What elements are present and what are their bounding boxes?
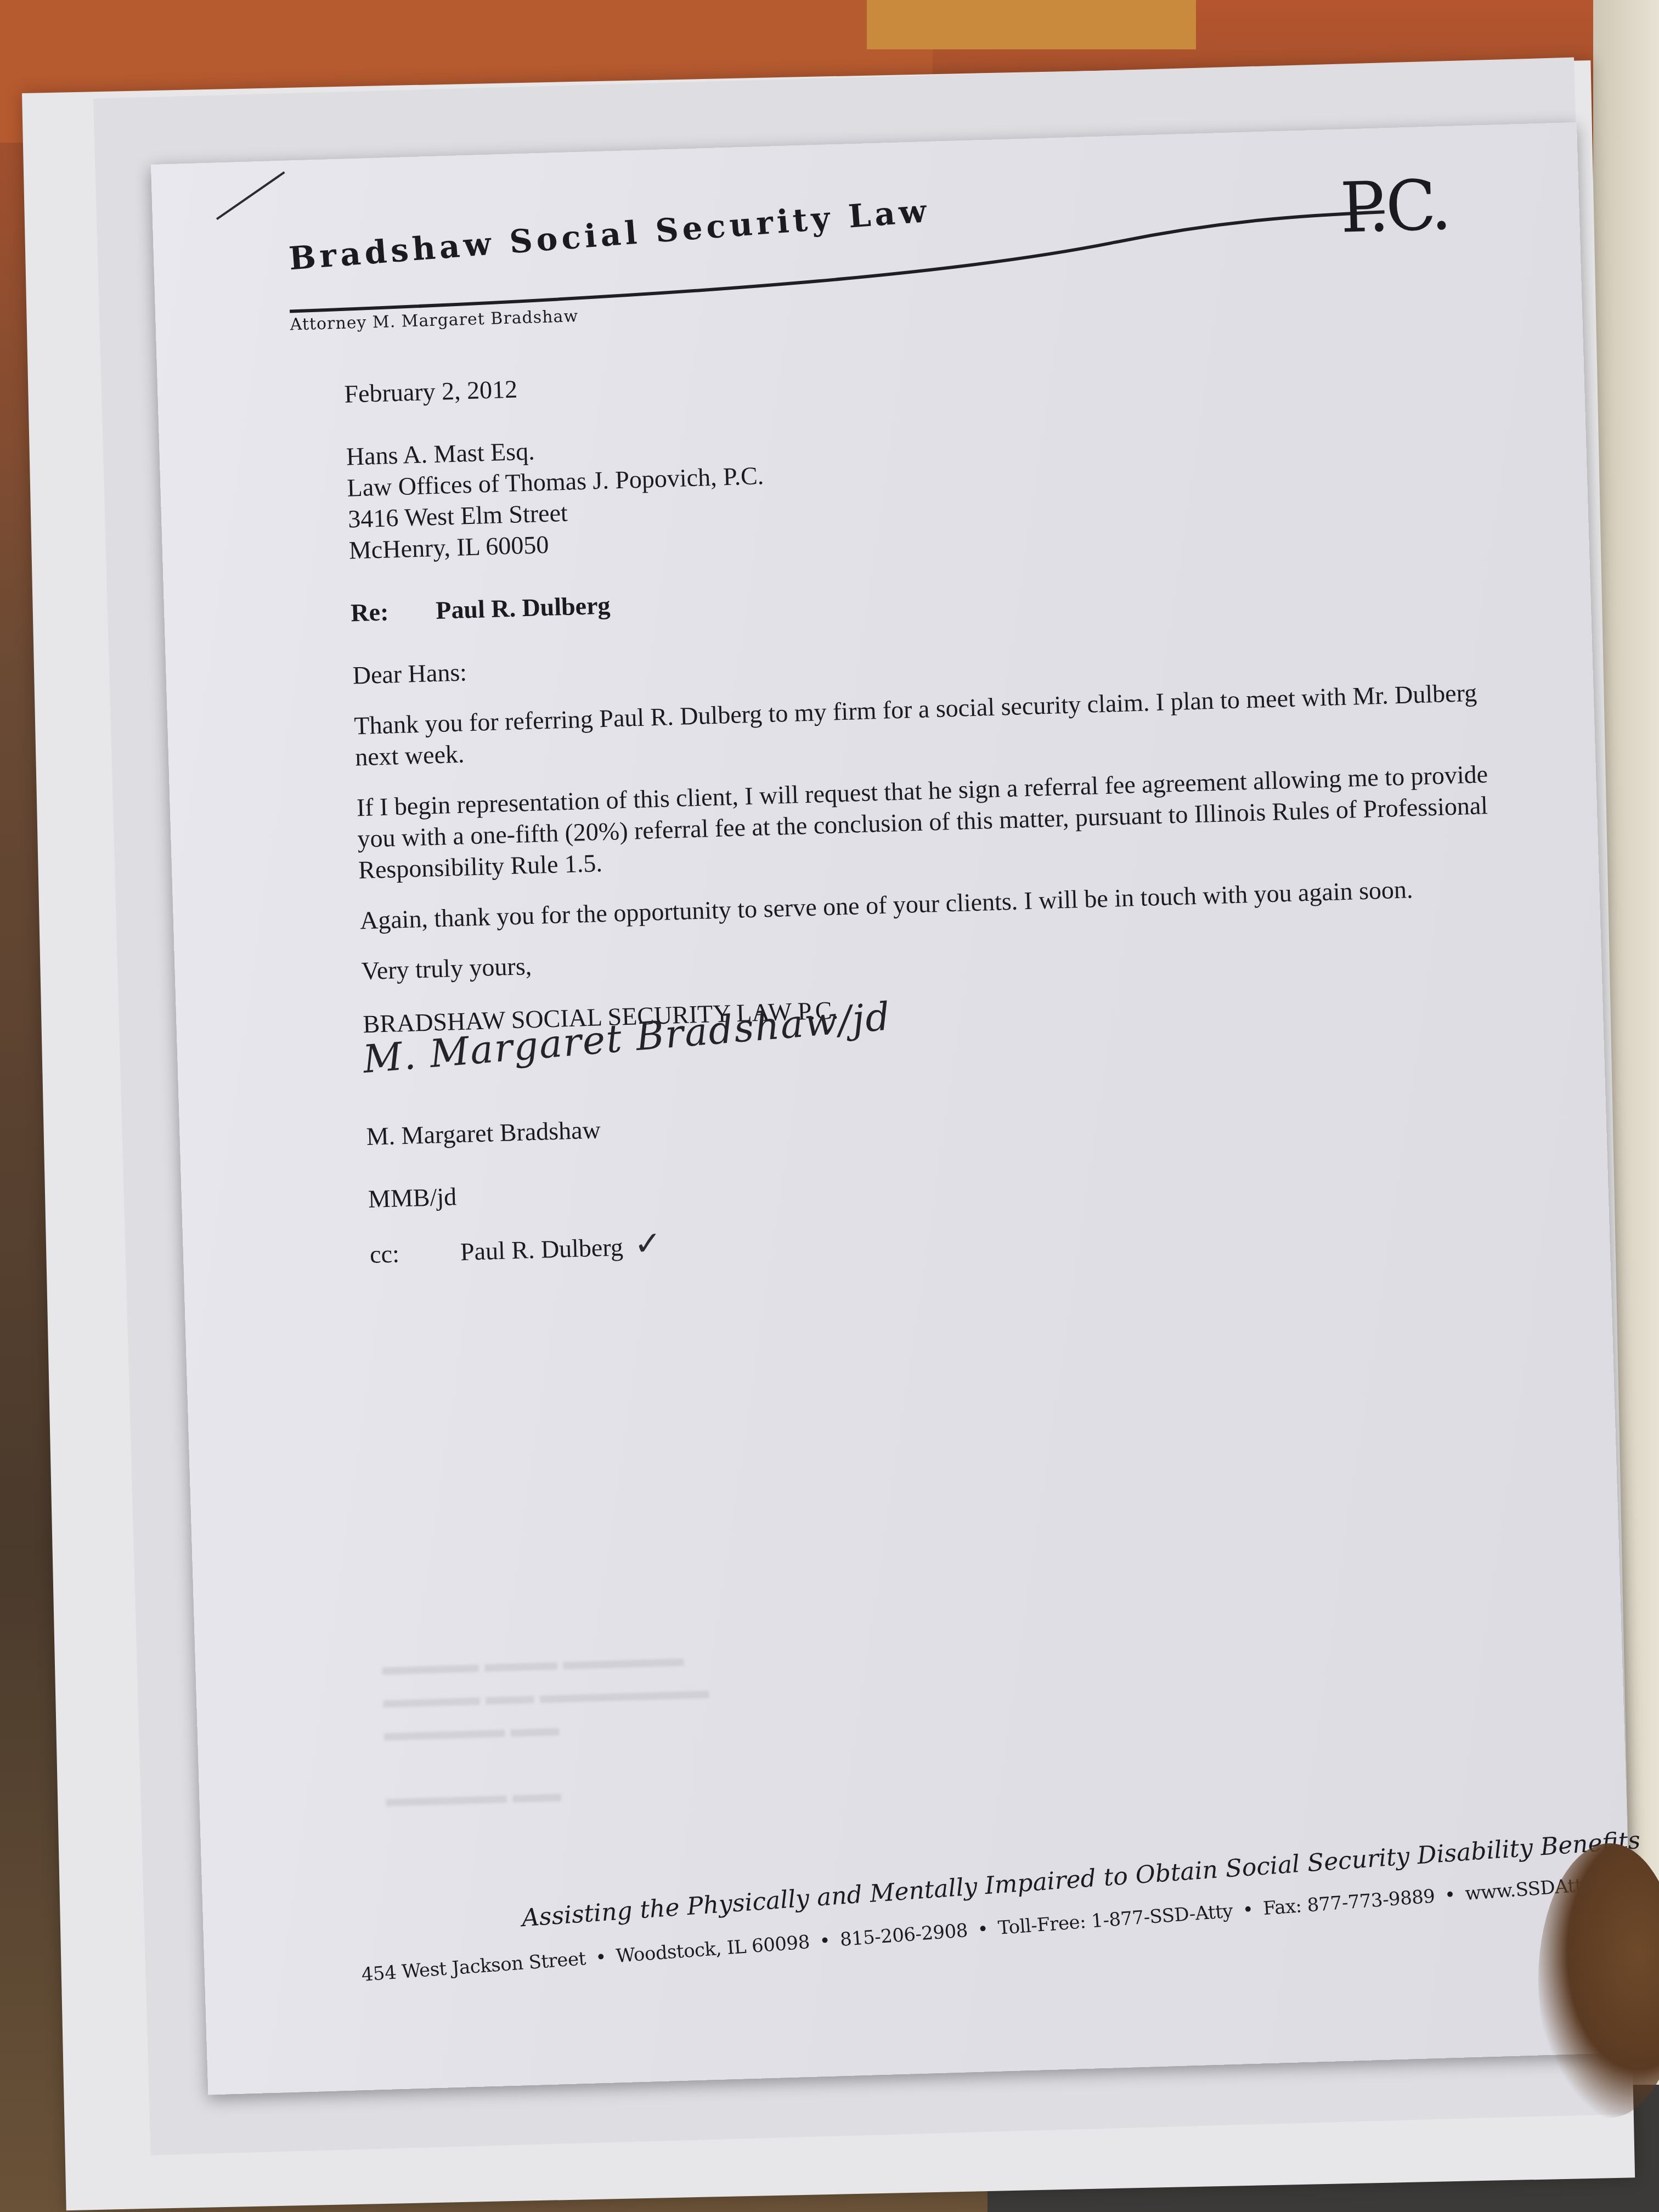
background-folder-tab [867,0,1196,49]
bleed-through-text: ▬▬▬▬ ▬▬▬ ▬▬▬▬▬▬▬▬▬ ▬▬ ▬▬▬▬▬▬▬▬▬▬▬▬ ▬▬▬▬▬… [382,1634,935,1815]
re-subject: Paul R. Dulberg [436,591,611,624]
letter-body: February 2, 2012 Hans A. Mast Esq. Law O… [344,345,1511,1270]
recipient-address: Hans A. Mast Esq. Law Offices of Thomas … [346,407,1490,566]
letter-date: February 2, 2012 [344,345,1486,410]
re-line: Re:Paul R. Dulberg [351,563,1492,629]
footer-street: 454 West Jackson Street [360,1948,586,1986]
paragraph-2: If I begin representation of this client… [356,758,1499,886]
checkmark-icon: ✓ [634,1225,662,1262]
cc-name: Paul R. Dulberg [460,1233,623,1266]
signer-name: M. Margaret Bradshaw [366,1087,1508,1152]
cc-label: cc: [369,1236,461,1270]
footer-phone: 815-206-2908 [839,1920,969,1951]
footer-tollfree: Toll-Free: 1-877-SSD-Atty [997,1900,1234,1939]
footer-fax: Fax: 877-773-9889 [1262,1885,1436,1920]
typist-initials: MMB/jd [368,1149,1509,1215]
letterhead-swoosh-line [287,198,1523,317]
letterhead-pc: P.C. [1339,165,1449,249]
footer-city: Woodstock, IL 60098 [615,1931,810,1967]
re-label: Re: [351,595,437,629]
letter-page: Bradshaw Social Security Law P.C. Attorn… [151,122,1634,2095]
cc-line: cc:Paul R. Dulberg✓ [369,1203,1511,1270]
paragraph-1: Thank you for referring Paul R. Dulberg … [354,676,1496,773]
pen-mark [216,171,285,220]
